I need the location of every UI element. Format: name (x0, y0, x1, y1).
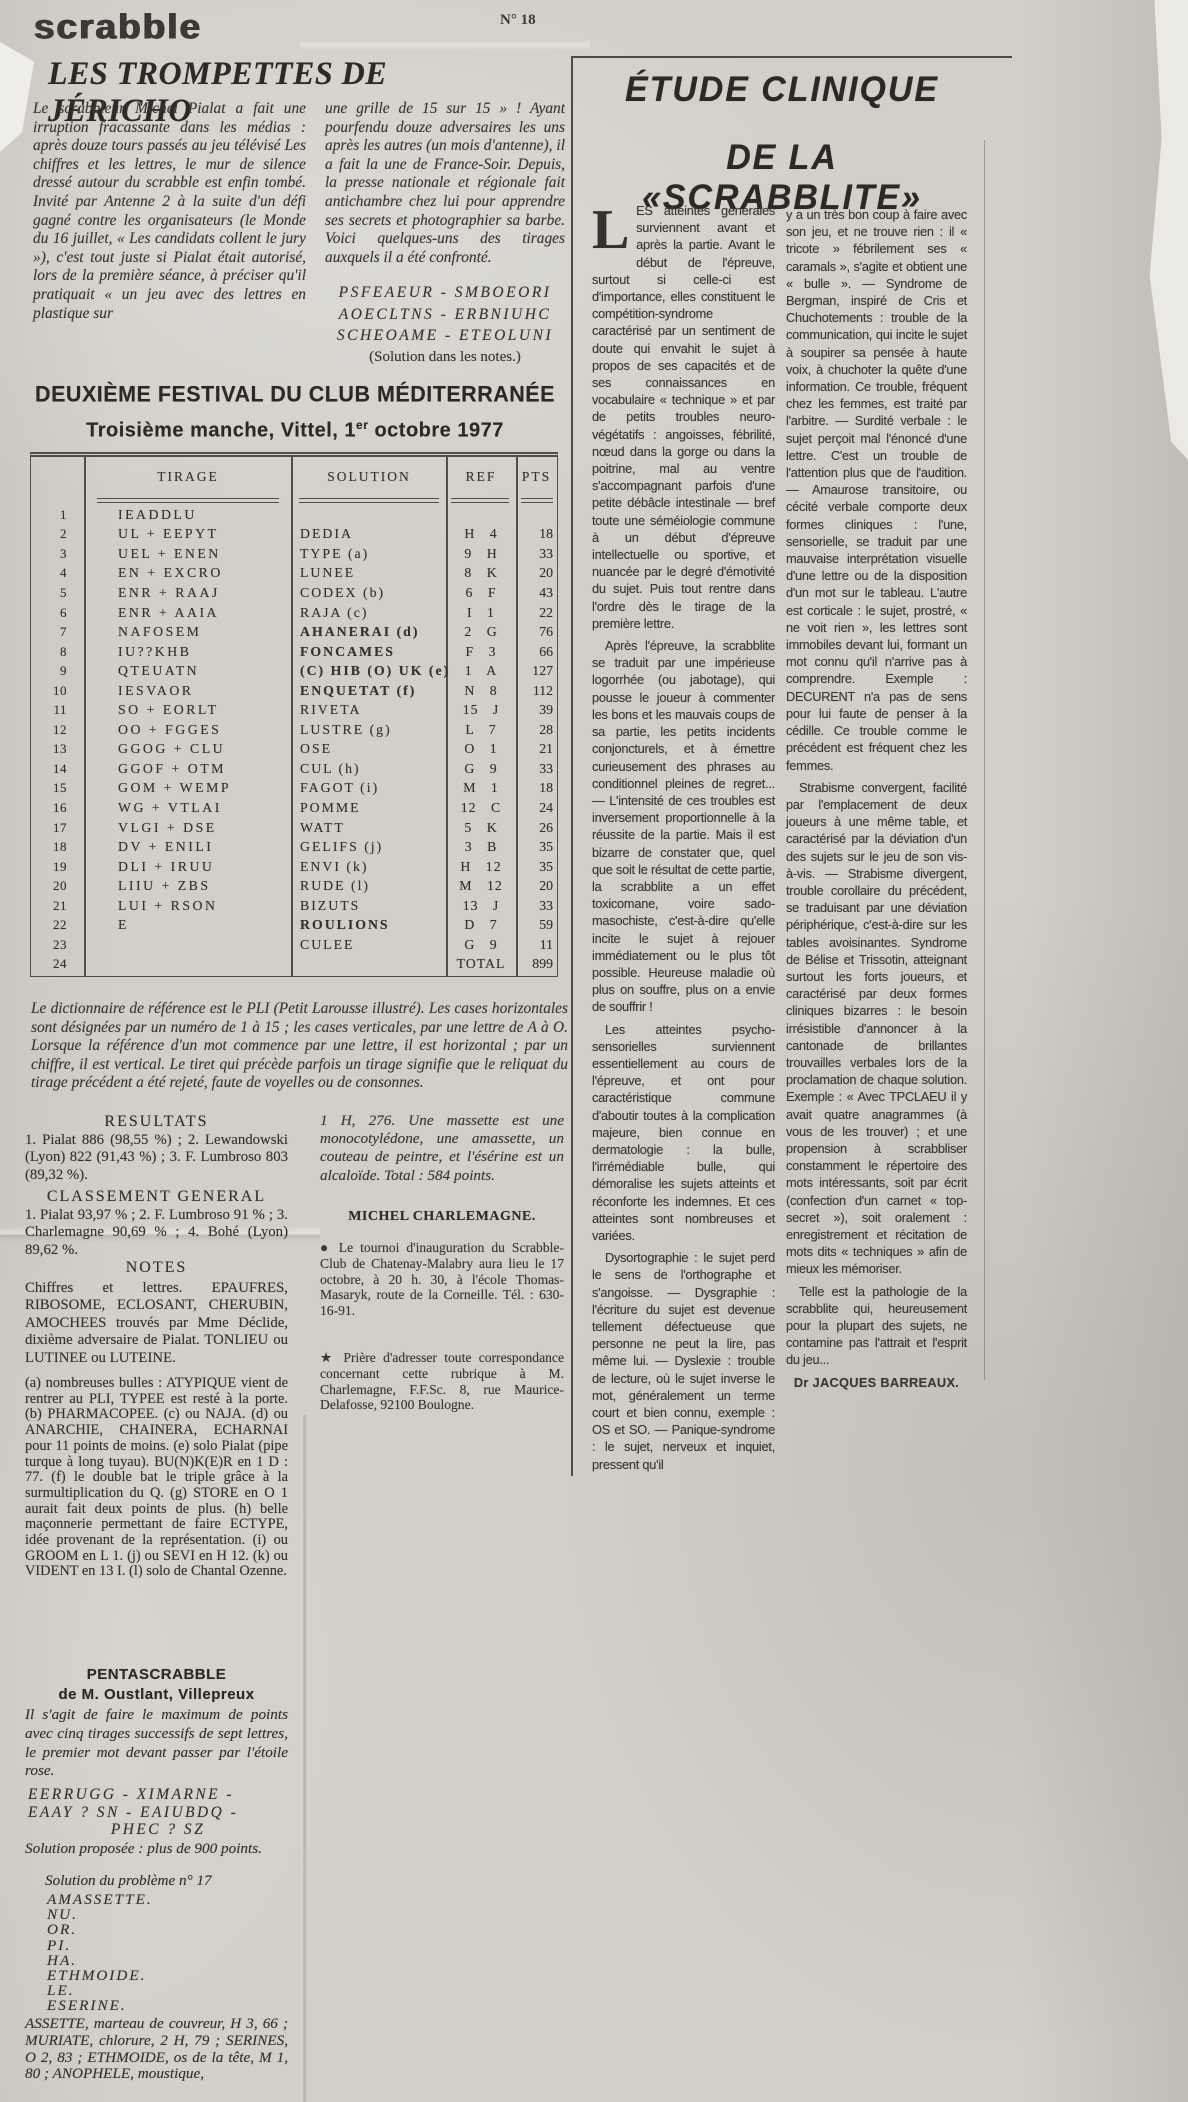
solution-word: AMASSETTE. (25, 1892, 288, 1907)
row-number: 12 (31, 722, 84, 738)
cell-pts: 33 (516, 546, 557, 562)
cell-ref: H 12 (446, 859, 516, 875)
cell-solution: DEDIA (291, 526, 446, 542)
table-row: 12 OO + FGGES LUSTRE (g) L 7 28 (31, 720, 557, 740)
cell-solution: RUDE (l) (291, 878, 446, 894)
column-header-tirage: TIRAGE (97, 469, 279, 485)
cell-ref: TOTAL (446, 956, 516, 972)
header-underline-tirage (97, 498, 279, 503)
row-number: 13 (31, 741, 84, 757)
cell-ref: D 7 (446, 917, 516, 933)
cell-solution: BIZUTS (291, 898, 446, 914)
etude-text: ES atteintes générales surviennent avant… (592, 203, 775, 631)
cell-ref: 9 H (446, 546, 516, 562)
cell-pts: 21 (516, 741, 557, 757)
cell-pts: 20 (516, 565, 557, 581)
row-number: 1 (31, 507, 84, 523)
cell-solution: GELIFS (j) (291, 839, 446, 855)
column-header-solution: SOLUTION (299, 469, 439, 485)
cell-ref: M 1 (446, 780, 516, 796)
row-number: 9 (31, 663, 84, 679)
cell-ref: F 3 (446, 644, 516, 660)
author-signature: MICHEL CHARLEMAGNE. (320, 1209, 564, 1225)
cell-solution: LUNEE (291, 565, 446, 581)
notes-heading: NOTES (25, 1259, 288, 1277)
cell-solution: AHANERAI (d) (291, 624, 446, 640)
row-number: 3 (31, 546, 84, 562)
table-row: 4 EN + EXCRO LUNEE 8 K 20 (31, 564, 557, 584)
cell-pts: 18 (516, 526, 557, 542)
results-text: 1. Pialat 886 (98,55 %) ; 2. Lewandowski… (25, 1132, 288, 1184)
cell-solution: (C) HIB (O) UK (e) (291, 663, 446, 679)
cell-pts: 20 (516, 878, 557, 894)
cell-tirage: IU??KHB (84, 644, 291, 660)
table-row: 6 ENR + AAIA RAJA (c) I 1 22 (31, 603, 557, 623)
solution-word: OR. (25, 1922, 288, 1937)
table-row: 16 WG + VTLAI POMME 12 C 24 (31, 798, 557, 818)
cell-ref: N 8 (446, 683, 516, 699)
row-number: 10 (31, 683, 84, 699)
header-underline-solution (299, 498, 439, 503)
table-row: 18 DV + ENILI GELIFS (j) 3 B 35 (31, 837, 557, 857)
cell-tirage: GGOF + OTM (84, 761, 291, 777)
cell-solution: WATT (291, 820, 446, 836)
paper-fold-vertical (301, 1415, 308, 2102)
table-row: 19 DLI + IRUU ENVI (k) H 12 35 (31, 857, 557, 877)
paper-edge-right (1140, 0, 1188, 460)
paper-crease-top (300, 40, 590, 50)
draws-note: (Solution dans les notes.) (325, 349, 565, 366)
table-row: 24 TOTAL 899 (31, 955, 557, 975)
cell-ref: 6 F (446, 585, 516, 601)
cell-tirage: VLGI + DSE (84, 820, 291, 836)
left-article-column-1: Le scrabbleur Michel Pialat a fait une i… (33, 100, 306, 323)
cell-tirage: GGOG + CLU (84, 741, 291, 757)
cell-tirage: UEL + ENEN (84, 546, 291, 562)
proposed-solution: Solution proposée : plus de 900 points. (25, 1840, 288, 1858)
festival-title: DEUXIÈME FESTIVAL DU CLUB MÉDITERRANÉE (30, 381, 560, 407)
table-row: 3 UEL + ENEN TYPE (a) 9 H 33 (31, 544, 557, 564)
cell-pts: 18 (516, 780, 557, 796)
cell-pts: 39 (516, 702, 557, 718)
cell-ref: 2 G (446, 624, 516, 640)
cell-pts: 33 (516, 761, 557, 777)
draw-line: PSFEAEUR - SMBOEORI (325, 282, 565, 304)
cell-ref: G 9 (446, 761, 516, 777)
table-row: 23 CULEE G 9 11 (31, 935, 557, 955)
cell-tirage: EN + EXCRO (84, 565, 291, 581)
notes-paragraph-2: (a) nombreuses bulles : ATYPIQUE vient d… (25, 1376, 288, 1580)
pentascrabble-heading: PENTASCRABBLE (25, 1666, 288, 1683)
cell-tirage: NAFOSEM (84, 624, 291, 640)
cell-ref: 15 J (446, 702, 516, 718)
etude-paragraph: Après l'épreuve, la scrabblite se tradui… (592, 637, 775, 1015)
cell-solution: CUL (h) (291, 761, 446, 777)
table-row: 2 UL + EEPYT DEDIA H 4 18 (31, 525, 557, 545)
correspondence-note: ★ Prière d'adresser toute correspondance… (320, 1350, 564, 1413)
cell-ref: O 1 (446, 741, 516, 757)
solution-word: HA. (25, 1953, 288, 1968)
festival-subtitle: Troisième manche, Vittel, 1er octobre 19… (30, 418, 560, 443)
etude-title-line-1: ÉTUDE CLINIQUE (588, 70, 976, 110)
cell-ref: 12 C (446, 800, 516, 816)
table-row: 17 VLGI + DSE WATT 5 K 26 (31, 818, 557, 838)
cell-solution: ROULIONS (291, 917, 446, 933)
left-article-column-2: une grille de 15 sur 15 » ! Ayant pourfe… (325, 100, 565, 267)
draw-list: PSFEAEUR - SMBOEORIAOECLTNS - ERBNIUHCSC… (325, 282, 565, 347)
row-number: 11 (31, 702, 84, 718)
article-right-fold (984, 140, 985, 1380)
magazine-logo: scrabble (34, 7, 202, 47)
issue-number: N° 18 (500, 12, 536, 29)
row-number: 2 (31, 526, 84, 542)
cell-tirage: LUI + RSON (84, 898, 291, 914)
draw-line: AOECLTNS - ERBNIUHC (325, 304, 565, 326)
cell-solution: ENQUETAT (f) (291, 683, 446, 699)
massette-paragraph: 1 H, 276. Une massette est une monocotyl… (320, 1112, 564, 1185)
drop-cap: L (592, 202, 636, 256)
scanned-newspaper-page: scrabble N° 18 LES TROMPETTES DE JÉRICHO… (0, 0, 1188, 2102)
table-rows: 1 IEADDLU 2 UL + EEPYT DEDIA H 4 18 3 (31, 505, 557, 974)
row-number: 17 (31, 820, 84, 836)
cell-ref: L 7 (446, 722, 516, 738)
cell-pts: 66 (516, 644, 557, 660)
table-row: 14 GGOF + OTM CUL (h) G 9 33 (31, 759, 557, 779)
classement-heading: CLASSEMENT GENERAL (25, 1188, 288, 1206)
etude-paragraph: Les atteintes psycho-sensorielles survie… (592, 1021, 775, 1245)
article-top-rule (571, 56, 1012, 58)
table-row: 10 IESVAOR ENQUETAT (f) N 8 112 (31, 681, 557, 701)
solution-word: NU. (25, 1907, 288, 1922)
cell-ref: 13 J (446, 898, 516, 914)
etude-paragraph: Dysortographie : le sujet perd le sens d… (592, 1249, 775, 1473)
cell-tirage: QTEUATN (84, 663, 291, 679)
row-number: 21 (31, 898, 84, 914)
cell-pts: 899 (516, 956, 557, 972)
cell-pts: 28 (516, 722, 557, 738)
row-number: 14 (31, 761, 84, 777)
table-row: 5 ENR + RAAJ CODEX (b) 6 F 43 (31, 583, 557, 603)
cell-solution: ENVI (k) (291, 859, 446, 875)
table-row: 22 E ROULIONS D 7 59 (31, 915, 557, 935)
etude-paragraph: Telle est la pathologie de la scrabblite… (786, 1283, 967, 1369)
pentascrabble-draw-line: EAAY ? SN - EAIUBDQ - (28, 1804, 288, 1822)
draw-line: SCHEOAME - ETEOLUNI (325, 325, 565, 347)
etude-column-a: LES atteintes générales surviennent avan… (592, 202, 775, 1478)
etude-paragraph: y a un très bon coup à faire avec son je… (786, 206, 967, 774)
festival-subtitle-suffix: octobre 1977 (368, 420, 503, 442)
row-number: 15 (31, 780, 84, 796)
cell-solution: FONCAMES (291, 644, 446, 660)
cell-tirage: DV + ENILI (84, 839, 291, 855)
table-row: 9 QTEUATN (C) HIB (O) UK (e) 1 A 127 (31, 661, 557, 681)
row-number: 18 (31, 839, 84, 855)
table-row: 8 IU??KHB FONCAMES F 3 66 (31, 642, 557, 662)
cell-solution: CULEE (291, 937, 446, 953)
cell-pts: 35 (516, 859, 557, 875)
cell-solution: TYPE (a) (291, 546, 446, 562)
cell-ref: 1 A (446, 663, 516, 679)
cell-pts: 33 (516, 898, 557, 914)
cell-ref: 3 B (446, 839, 516, 855)
cell-ref: I 1 (446, 605, 516, 621)
row-number: 22 (31, 917, 84, 933)
row-number: 19 (31, 859, 84, 875)
cell-pts: 76 (516, 624, 557, 640)
row-number: 4 (31, 565, 84, 581)
cell-pts: 35 (516, 839, 557, 855)
cell-pts: 22 (516, 605, 557, 621)
etude-column-b: y a un très bon coup à faire avec son je… (786, 206, 967, 1396)
results-table: TIRAGE SOLUTION REF PTS 1 IEADDLU 2 UL +… (30, 452, 558, 977)
pentascrabble-outro: ASSETTE, marteau de couvreur, H 3, 66 ; … (25, 2016, 288, 2083)
cell-pts: 11 (516, 937, 557, 953)
row-number: 24 (31, 956, 84, 972)
table-row: 11 SO + EORLT RIVETA 15 J 39 (31, 700, 557, 720)
pentascrabble-intro: Il s'agit de faire le maximum de points … (25, 1706, 288, 1781)
cell-solution: CODEX (b) (291, 585, 446, 601)
cell-tirage: WG + VTLAI (84, 800, 291, 816)
table-legend: Le dictionnaire de référence est le PLI … (31, 1000, 568, 1093)
cell-tirage: IESVAOR (84, 683, 291, 699)
cell-tirage: E (84, 917, 291, 933)
row-number: 7 (31, 624, 84, 640)
solution-word: ESERINE. (25, 1998, 288, 2013)
column-header-pts: PTS (516, 469, 557, 485)
column-header-ref: REF (446, 469, 516, 485)
cell-tirage: ENR + RAAJ (84, 585, 291, 601)
pentascrabble-draws: EERRUGG - XIMARNE -EAAY ? SN - EAIUBDQ -… (28, 1786, 288, 1839)
festival-subtitle-text: Troisième manche, Vittel, 1 (86, 420, 356, 442)
row-number: 20 (31, 878, 84, 894)
article-left-rule (571, 56, 573, 1476)
cell-pts: 127 (516, 663, 557, 679)
cell-tirage: LIIU + ZBS (84, 878, 291, 894)
cell-ref: 8 K (446, 565, 516, 581)
notes-paragraph-1: Chiffres et lettres. EPAUFRES, RIBOSOME,… (25, 1280, 288, 1367)
cell-tirage: OO + FGGES (84, 722, 291, 738)
etude-paragraph: LES atteintes générales surviennent avan… (592, 202, 775, 632)
table-row: 1 IEADDLU (31, 505, 557, 525)
cell-pts: 59 (516, 917, 557, 933)
cell-pts: 26 (516, 820, 557, 836)
solution-word: ETHMOIDE. (25, 1968, 288, 1983)
cell-tirage: DLI + IRUU (84, 859, 291, 875)
cell-ref: 5 K (446, 820, 516, 836)
header-underline-ref (451, 498, 509, 503)
festival-subtitle-ordinal: er (356, 418, 368, 432)
cell-ref: M 12 (446, 878, 516, 894)
row-number: 23 (31, 937, 84, 953)
row-number: 6 (31, 605, 84, 621)
cell-pts: 112 (516, 683, 557, 699)
cell-tirage: SO + EORLT (84, 702, 291, 718)
solution-heading: Solution du problème n° 17 (45, 1872, 288, 1890)
solution-word: PI. (25, 1938, 288, 1953)
club-announcement: ● Le tournoi d'inauguration du Scrabble-… (320, 1240, 564, 1319)
table-row: 15 GOM + WEMP FAGOT (i) M 1 18 (31, 779, 557, 799)
cell-solution: FAGOT (i) (291, 780, 446, 796)
table-row: 7 NAFOSEM AHANERAI (d) 2 G 76 (31, 622, 557, 642)
doctor-signature: Dr JACQUES BARREAUX. (786, 1374, 967, 1391)
row-number: 16 (31, 800, 84, 816)
header-underline-pts (521, 498, 553, 503)
table-row: 13 GGOG + CLU OSE O 1 21 (31, 740, 557, 760)
cell-tirage: UL + EEPYT (84, 526, 291, 542)
cell-pts: 43 (516, 585, 557, 601)
cell-solution: RAJA (c) (291, 605, 446, 621)
cell-ref: H 4 (446, 526, 516, 542)
cell-ref: G 9 (446, 937, 516, 953)
cell-tirage: GOM + WEMP (84, 780, 291, 796)
pentascrabble-byline: de M. Oustlant, Villepreux (25, 1686, 288, 1703)
cell-solution: RIVETA (291, 702, 446, 718)
results-heading: RESULTATS (25, 1113, 288, 1131)
pentascrabble-draw-line: EERRUGG - XIMARNE - (28, 1786, 288, 1804)
table-row: 21 LUI + RSON BIZUTS 13 J 33 (31, 896, 557, 916)
solution-words: AMASSETTE.NU.OR.PI.HA.ETHMOIDE.LE.ESERIN… (25, 1892, 288, 2014)
cell-solution: OSE (291, 741, 446, 757)
cell-solution: POMME (291, 800, 446, 816)
cell-solution: LUSTRE (g) (291, 722, 446, 738)
pentascrabble-draw-line: PHEC ? SZ (28, 1821, 288, 1839)
etude-paragraph: Strabisme convergent, facilité par l'emp… (786, 779, 967, 1278)
cell-pts: 24 (516, 800, 557, 816)
table-row: 20 LIIU + ZBS RUDE (l) M 12 20 (31, 876, 557, 896)
row-number: 8 (31, 644, 84, 660)
cell-tirage: IEADDLU (84, 507, 291, 523)
solution-word: LE. (25, 1983, 288, 1998)
classement-text: 1. Pialat 93,97 % ; 2. F. Lumbroso 91 % … (25, 1207, 288, 1259)
cell-tirage: ENR + AAIA (84, 605, 291, 621)
row-number: 5 (31, 585, 84, 601)
